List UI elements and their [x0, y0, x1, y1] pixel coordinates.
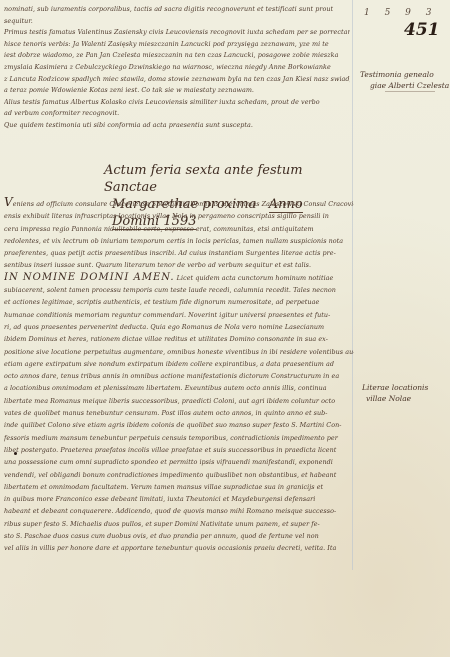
text-line: in quibus more Franconico esse debeant l…: [4, 493, 354, 505]
text-line: sequitur.: [4, 16, 350, 28]
text-line: libertatem et omnimodam facultatem. Veru…: [4, 481, 354, 493]
text-line: sentibus inseri iussae sunt. Quarum lite…: [4, 259, 354, 271]
text-line: cera impressa regio Pannonia nidulitabil…: [4, 223, 354, 235]
text-line: ri, ad quos praesentes pervenerint deduc…: [4, 321, 354, 333]
text-line: ribus super festo S. Michaelis duos pull…: [4, 518, 354, 530]
text-line: Que quidem testimonia uti sibi conformia…: [4, 120, 350, 132]
text-line: subiacerent, solent tamen processu tempo…: [4, 284, 354, 296]
text-line: octo annos dare, tenus tribus annis in o…: [4, 370, 354, 382]
text-line: habeant et debeant conquaerere. Addicend…: [4, 505, 354, 517]
text-line: vates de quolibet manus tenebuntur censu…: [4, 407, 354, 419]
main-text-block: Veniens ad officium consulare Cracoviens…: [4, 196, 354, 555]
text-line: praeferentes, quas petijt actis praesent…: [4, 247, 354, 259]
manuscript-page: 1 5 9 3 451 nominati, sub iuramentis cor…: [0, 0, 450, 657]
text-line: sto S. Paschae duos casus cum duobus ovi…: [4, 530, 354, 542]
in-nomine-heading: IN NOMINE DOMINI AMEN.: [4, 272, 175, 283]
text-line: Alius testis famatus Albertus Kolasko ci…: [4, 97, 350, 109]
text-line: una possessione cum omni supradicto spon…: [4, 456, 354, 468]
text-line: a locationibus omnimodam et plenissimam …: [4, 382, 354, 394]
text-line: humanae conditionis memoriam reguntur co…: [4, 309, 354, 321]
text-line: ensis exhibuit literas infrascriptas loc…: [4, 210, 354, 222]
text-line: libet postergato. Praeterea praefatos in…: [4, 444, 354, 456]
note-line: giae Alberti Czelesta: [360, 80, 449, 91]
text-line: iest dobrze wiadomo, ze Pan Jan Czelesta…: [4, 50, 350, 62]
text-line: redolentes, et vix lectrum ob iniuriam t…: [4, 235, 354, 247]
text-line: positione sive locatione perpetuitus aug…: [4, 346, 354, 358]
in-nomine-line: IN NOMINE DOMINI AMEN. Licet quidem acta…: [4, 272, 354, 284]
text-line: fessoris medium mansum tenebuntur perpet…: [4, 432, 354, 444]
text-line: a teraz pomie Wdowienie Kotas zeni iest.…: [4, 85, 350, 97]
drop-cap: V: [4, 196, 13, 209]
marginal-note-literae: Literae locationis villae Nolae: [362, 382, 428, 404]
folio-number: 451: [404, 20, 440, 40]
text-line: inde quilibet Colono sive etiam agris ib…: [4, 419, 354, 431]
text-line: Primus testis famatus Valentinus Zasiens…: [4, 27, 350, 39]
note-line: Testimonia genealo: [360, 69, 449, 80]
text-line: z Lancuta Rodzicow spadlych miec stawila…: [4, 74, 350, 86]
note-line: villae Nolae: [362, 393, 428, 404]
ink-blot: [14, 452, 17, 455]
text-line: libertate mea Romanus meique liberis suc…: [4, 395, 354, 407]
note-underline: [385, 91, 435, 92]
note-line: Literae locationis: [362, 382, 428, 393]
text-line: Veniens ad officium consulare Cracoviens…: [4, 196, 354, 210]
text-line: et actiones legitimae, scriptis authenti…: [4, 296, 354, 308]
text-line: vel aliis in villis per honore dare et a…: [4, 542, 354, 554]
heading-line-1: Actum feria sexta ante festum Sanctae: [100, 162, 350, 196]
text-line: hisce tenoris verbis: Ja Walenti Zasięsk…: [4, 39, 350, 51]
text-line: ad verbum conformiter recognovit.: [4, 108, 350, 120]
text-line: zmyslaia Kasimiera z Cebulczyckiego Dzwi…: [4, 62, 350, 74]
page-year: 1 5 9 3: [364, 8, 438, 18]
marginal-note-testimonia: Testimonia genealo giae Alberti Czelesta: [360, 69, 449, 91]
text-line: etiam agere extirpatum sive nondum extir…: [4, 358, 354, 370]
top-text-block: nominati, sub iuramentis corporalibus, t…: [4, 4, 350, 132]
text-line: nominati, sub iuramentis corporalibus, t…: [4, 4, 350, 16]
text-line: ibidem Dominus et heres, rationem dictae…: [4, 333, 354, 345]
text-line: vendendi, vel obligandi bonum contradict…: [4, 469, 354, 481]
